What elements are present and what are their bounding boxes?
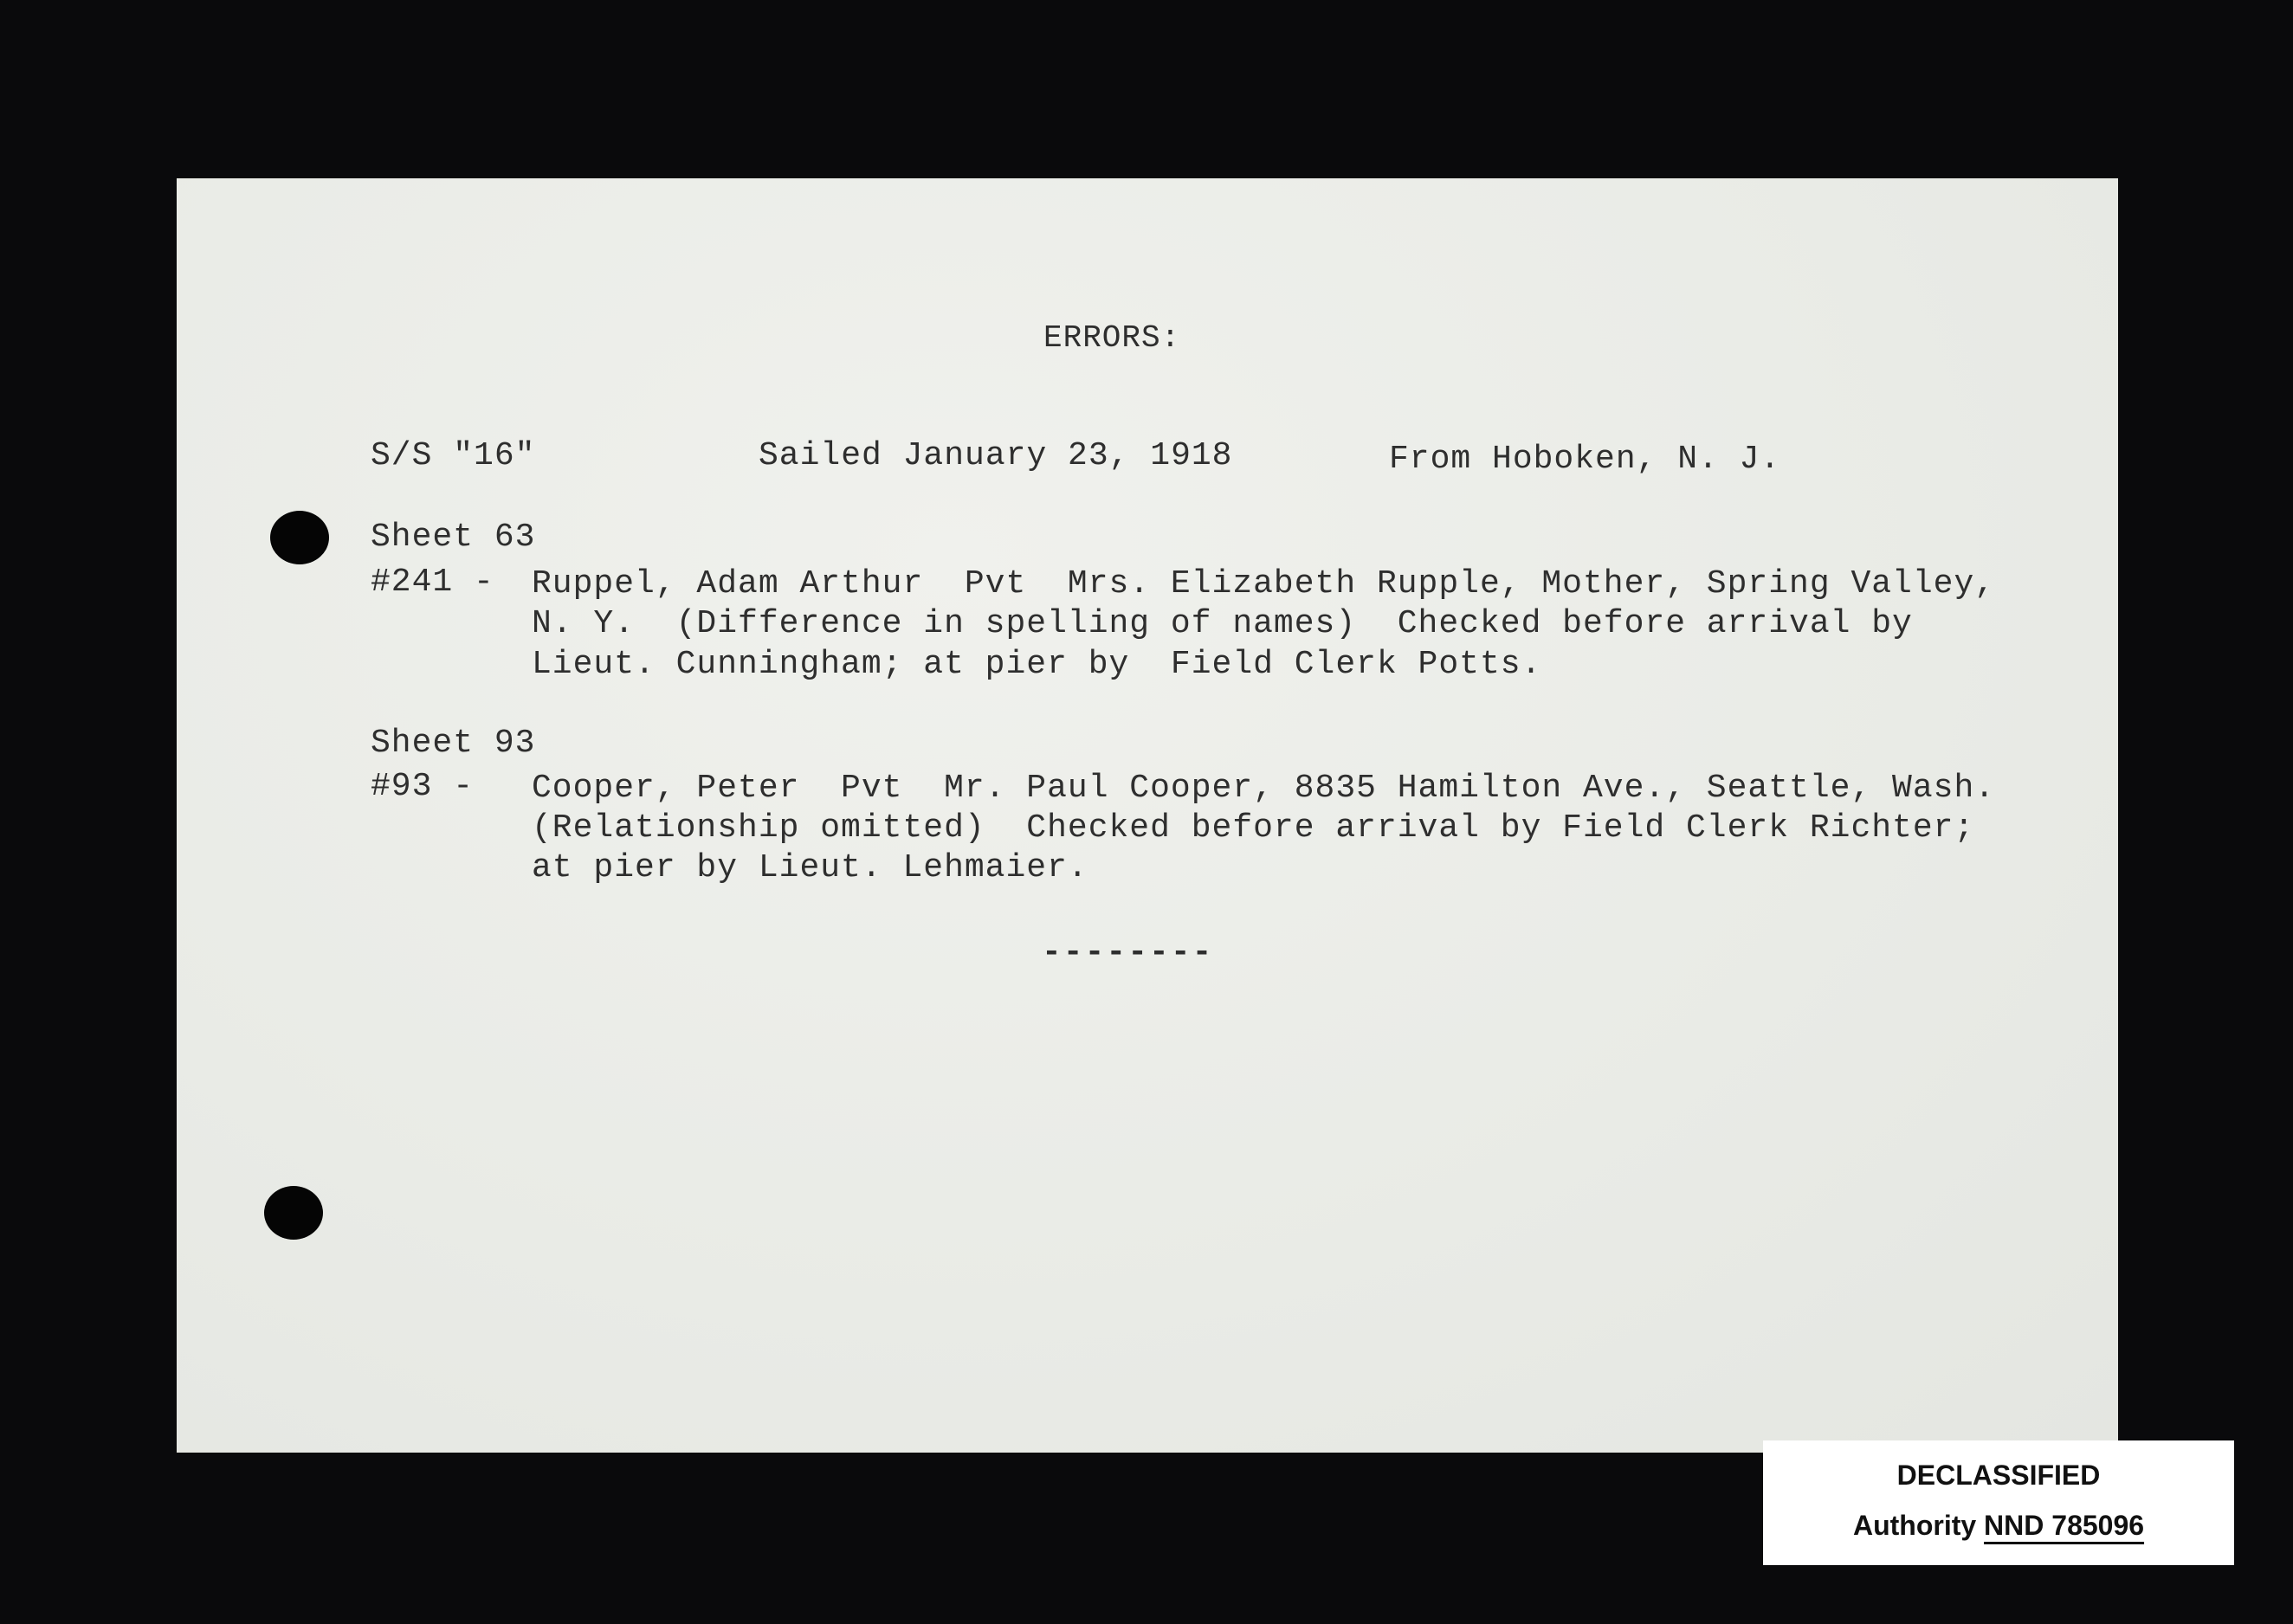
entry-number: #93 - <box>371 767 474 807</box>
punch-hole-top <box>270 511 329 564</box>
sailed-date: Sailed January 23, 1918 <box>759 436 1233 476</box>
entry-sheet-label: Sheet 63 <box>371 518 535 557</box>
section-divider: -------- <box>1042 933 1213 973</box>
entry-line: Ruppel, Adam Arthur Pvt Mrs. Elizabeth R… <box>532 564 1995 604</box>
entry-line: Cooper, Peter Pvt Mr. Paul Cooper, 8835 … <box>532 769 1995 809</box>
authority-code: NND 785096 <box>1984 1510 2144 1541</box>
ship-name: S/S "16" <box>371 436 535 476</box>
entry-line: (Relationship omitted) Checked before ar… <box>532 809 1974 848</box>
entry-line: N. Y. (Difference in spelling of names) … <box>532 604 1913 644</box>
authority-label: Authority <box>1853 1510 1984 1541</box>
departure-port: From Hoboken, N. J. <box>1389 440 1780 480</box>
stamp-title: DECLASSIFIED <box>1763 1460 2234 1492</box>
entry-sheet-label: Sheet 93 <box>371 724 535 764</box>
stamp-authority: Authority NND 785096 <box>1763 1510 2234 1542</box>
declassified-stamp: DECLASSIFIED Authority NND 785096 <box>1763 1440 2234 1565</box>
entry-line: at pier by Lieut. Lehmaier. <box>532 848 1088 888</box>
punch-hole-bottom <box>264 1186 323 1240</box>
entry-number: #241 - <box>371 563 494 603</box>
page-title: ERRORS: <box>1043 319 1180 358</box>
entry-line: Lieut. Cunningham; at pier by Field Cler… <box>532 645 1541 685</box>
